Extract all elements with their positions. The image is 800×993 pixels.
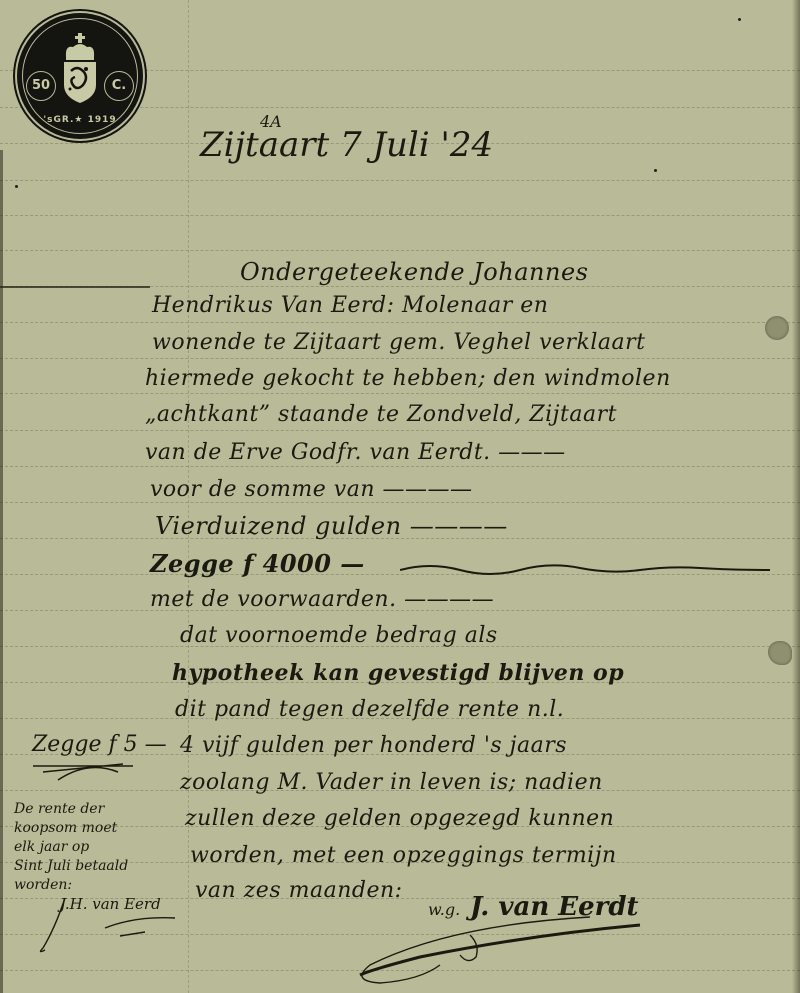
punch-hole <box>768 641 792 665</box>
body-line: Hendrikus Van Eerd: Molenaar en <box>152 293 548 318</box>
ruled-line <box>0 322 800 323</box>
ink-speck <box>738 18 741 21</box>
signature-flourish <box>330 895 660 985</box>
stamp-city-year: 'sGR.★ 1919 <box>17 115 143 125</box>
amount-line: Zegge f 4000 — <box>150 549 365 578</box>
margin-note-line: De rente der <box>14 800 104 819</box>
margin-amount-flourish <box>28 758 138 788</box>
body-line: voor de somme van ———— <box>150 477 473 502</box>
body-line: Vierduizend gulden ———— <box>155 512 508 540</box>
document-page: 50 C. 'sGR.★ 1919 4A Zijtaart 7 Juli '24… <box>0 0 800 993</box>
ruled-line <box>0 180 800 181</box>
ruled-line <box>0 358 800 359</box>
margin-note-line: koopsom moet <box>14 819 117 838</box>
body-line: zullen deze gelden opgezegd kunnen <box>185 806 614 831</box>
body-line: van de Erve Godfr. van Eerdt. ——— <box>145 440 566 465</box>
ruled-line <box>0 502 800 503</box>
ink-speck <box>654 169 657 172</box>
heavy-rule <box>0 286 150 288</box>
margin-note-line: elk jaar op <box>14 838 89 857</box>
page-edge-left <box>0 150 3 993</box>
margin-note-line: Sint Juli betaald <box>14 857 128 876</box>
body-line: 4 vijf gulden per honderd 's jaars <box>180 733 567 758</box>
ruled-line <box>0 430 800 431</box>
body-line: „achtkant” staande te Zondveld, Zijtaart <box>145 402 617 427</box>
body-line: zoolang M. Vader in leven is; nadien <box>180 770 603 795</box>
punch-hole <box>765 316 789 340</box>
body-line: met de voorwaarden. ———— <box>150 587 494 612</box>
body-line: wonende te Zijtaart gem. Veghel verklaar… <box>152 330 646 355</box>
page-edge-right <box>792 0 800 993</box>
ruled-line <box>0 466 800 467</box>
body-line: hypotheek kan gevestigd blijven op <box>172 660 624 686</box>
crown-shield-icon <box>61 33 99 103</box>
body-line: Ondergeteekende Johannes <box>240 258 588 286</box>
ruled-line <box>0 250 800 251</box>
stamp-value-number: 50 <box>26 71 56 101</box>
stamp-value-unit: C. <box>104 71 134 101</box>
body-line: hiermede gekocht te hebben; den windmole… <box>145 366 671 391</box>
ruled-line <box>0 215 800 216</box>
margin-amount: Zegge f 5 — <box>32 732 167 757</box>
wavy-fill-line <box>400 560 770 576</box>
revenue-stamp: 50 C. 'sGR.★ 1919 <box>17 13 143 139</box>
body-line: dit pand tegen dezelfde rente n.l. <box>175 697 564 722</box>
place-date: Zijtaart 7 Juli '24 <box>200 125 493 165</box>
body-line: worden, met een opzeggings termijn <box>190 843 617 868</box>
ink-speck <box>15 185 18 188</box>
body-line: dat voornoemde bedrag als <box>180 623 498 648</box>
margin-signature-flourish <box>35 888 180 958</box>
ruled-line <box>0 393 800 394</box>
